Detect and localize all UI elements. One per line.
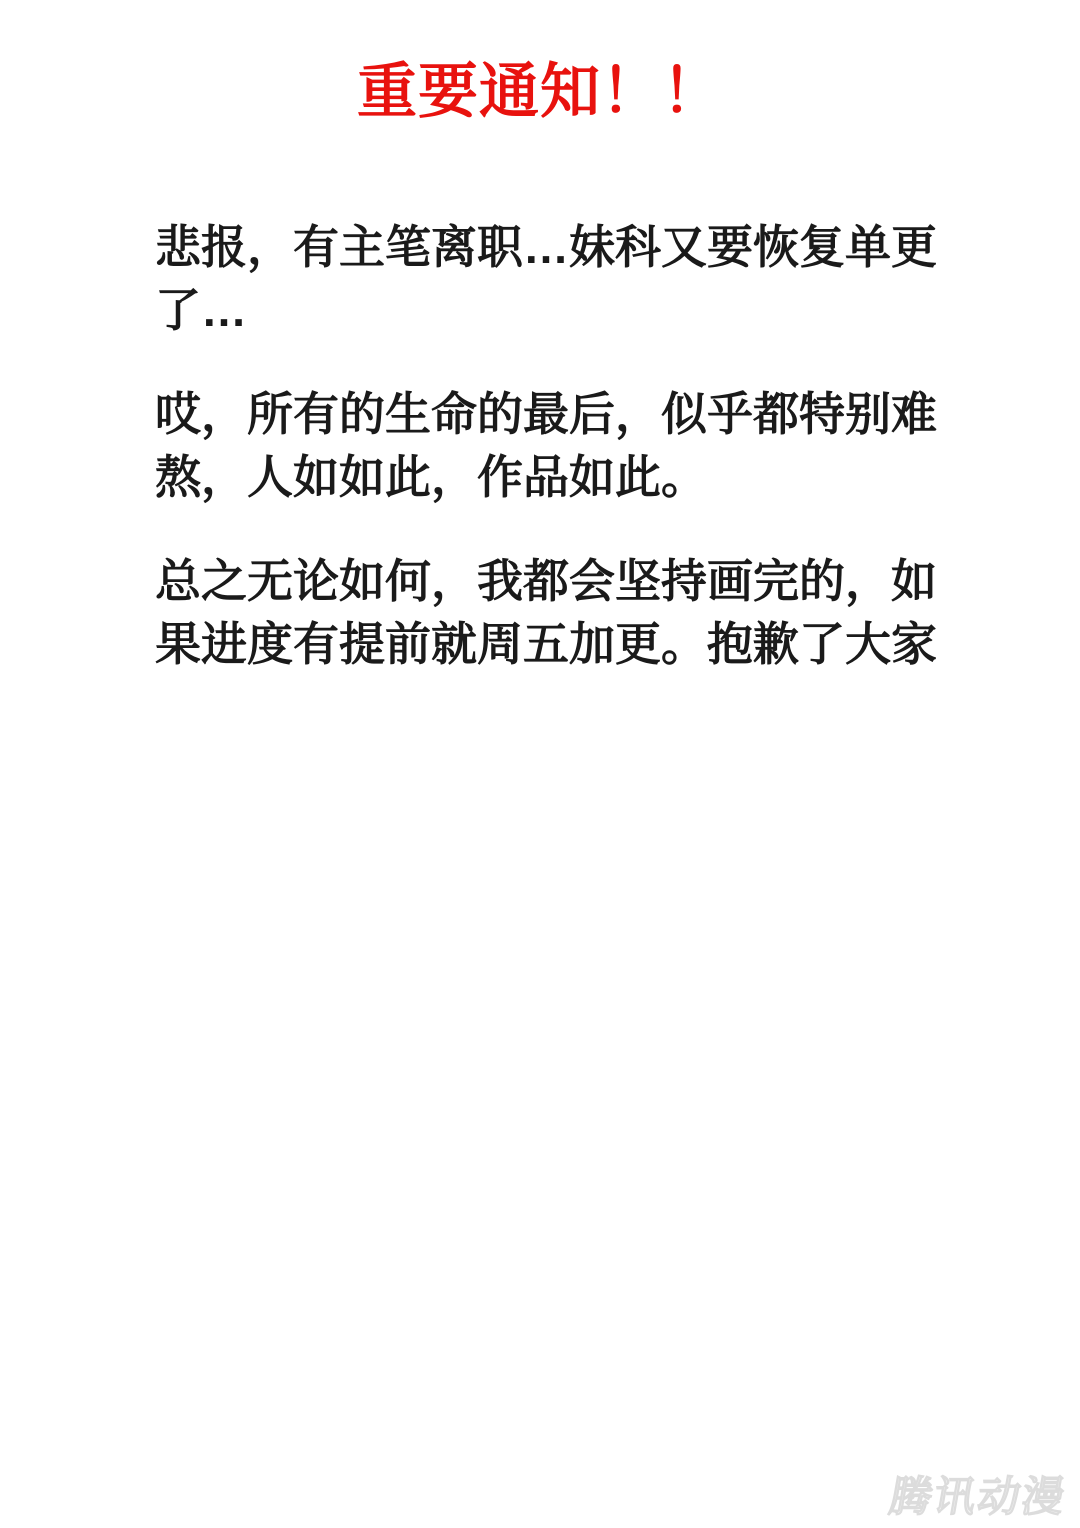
page-title: 重要通知！！: [0, 0, 1080, 128]
notice-paragraph-1: 悲报，有主笔离职…妹科又要恢复单更 了…: [155, 216, 955, 342]
paragraph-line: 哎，所有的生命的最后，似乎都特别难: [155, 383, 955, 446]
paragraph-line: 总之无论如何，我都会坚持画完的，如: [155, 550, 955, 613]
paragraph-line: 果进度有提前就周五加更。抱歉了大家: [155, 613, 955, 676]
paragraph-line: 熬，人如如此，作品如此。: [155, 446, 955, 509]
paragraph-line: 了…: [155, 279, 955, 342]
notice-page: 重要通知！！ 悲报，有主笔离职…妹科又要恢复单更 了… 哎，所有的生命的最后，似…: [0, 0, 1080, 1528]
tencent-comics-watermark-logo: 腾讯动漫: [886, 1474, 1070, 1520]
notice-paragraph-2: 哎，所有的生命的最后，似乎都特别难 熬，人如如此，作品如此。: [155, 383, 955, 509]
paragraph-line: 悲报，有主笔离职…妹科又要恢复单更: [155, 216, 955, 279]
notice-body: 悲报，有主笔离职…妹科又要恢复单更 了… 哎，所有的生命的最后，似乎都特别难 熬…: [155, 216, 955, 676]
notice-paragraph-3: 总之无论如何，我都会坚持画完的，如 果进度有提前就周五加更。抱歉了大家: [155, 550, 955, 676]
